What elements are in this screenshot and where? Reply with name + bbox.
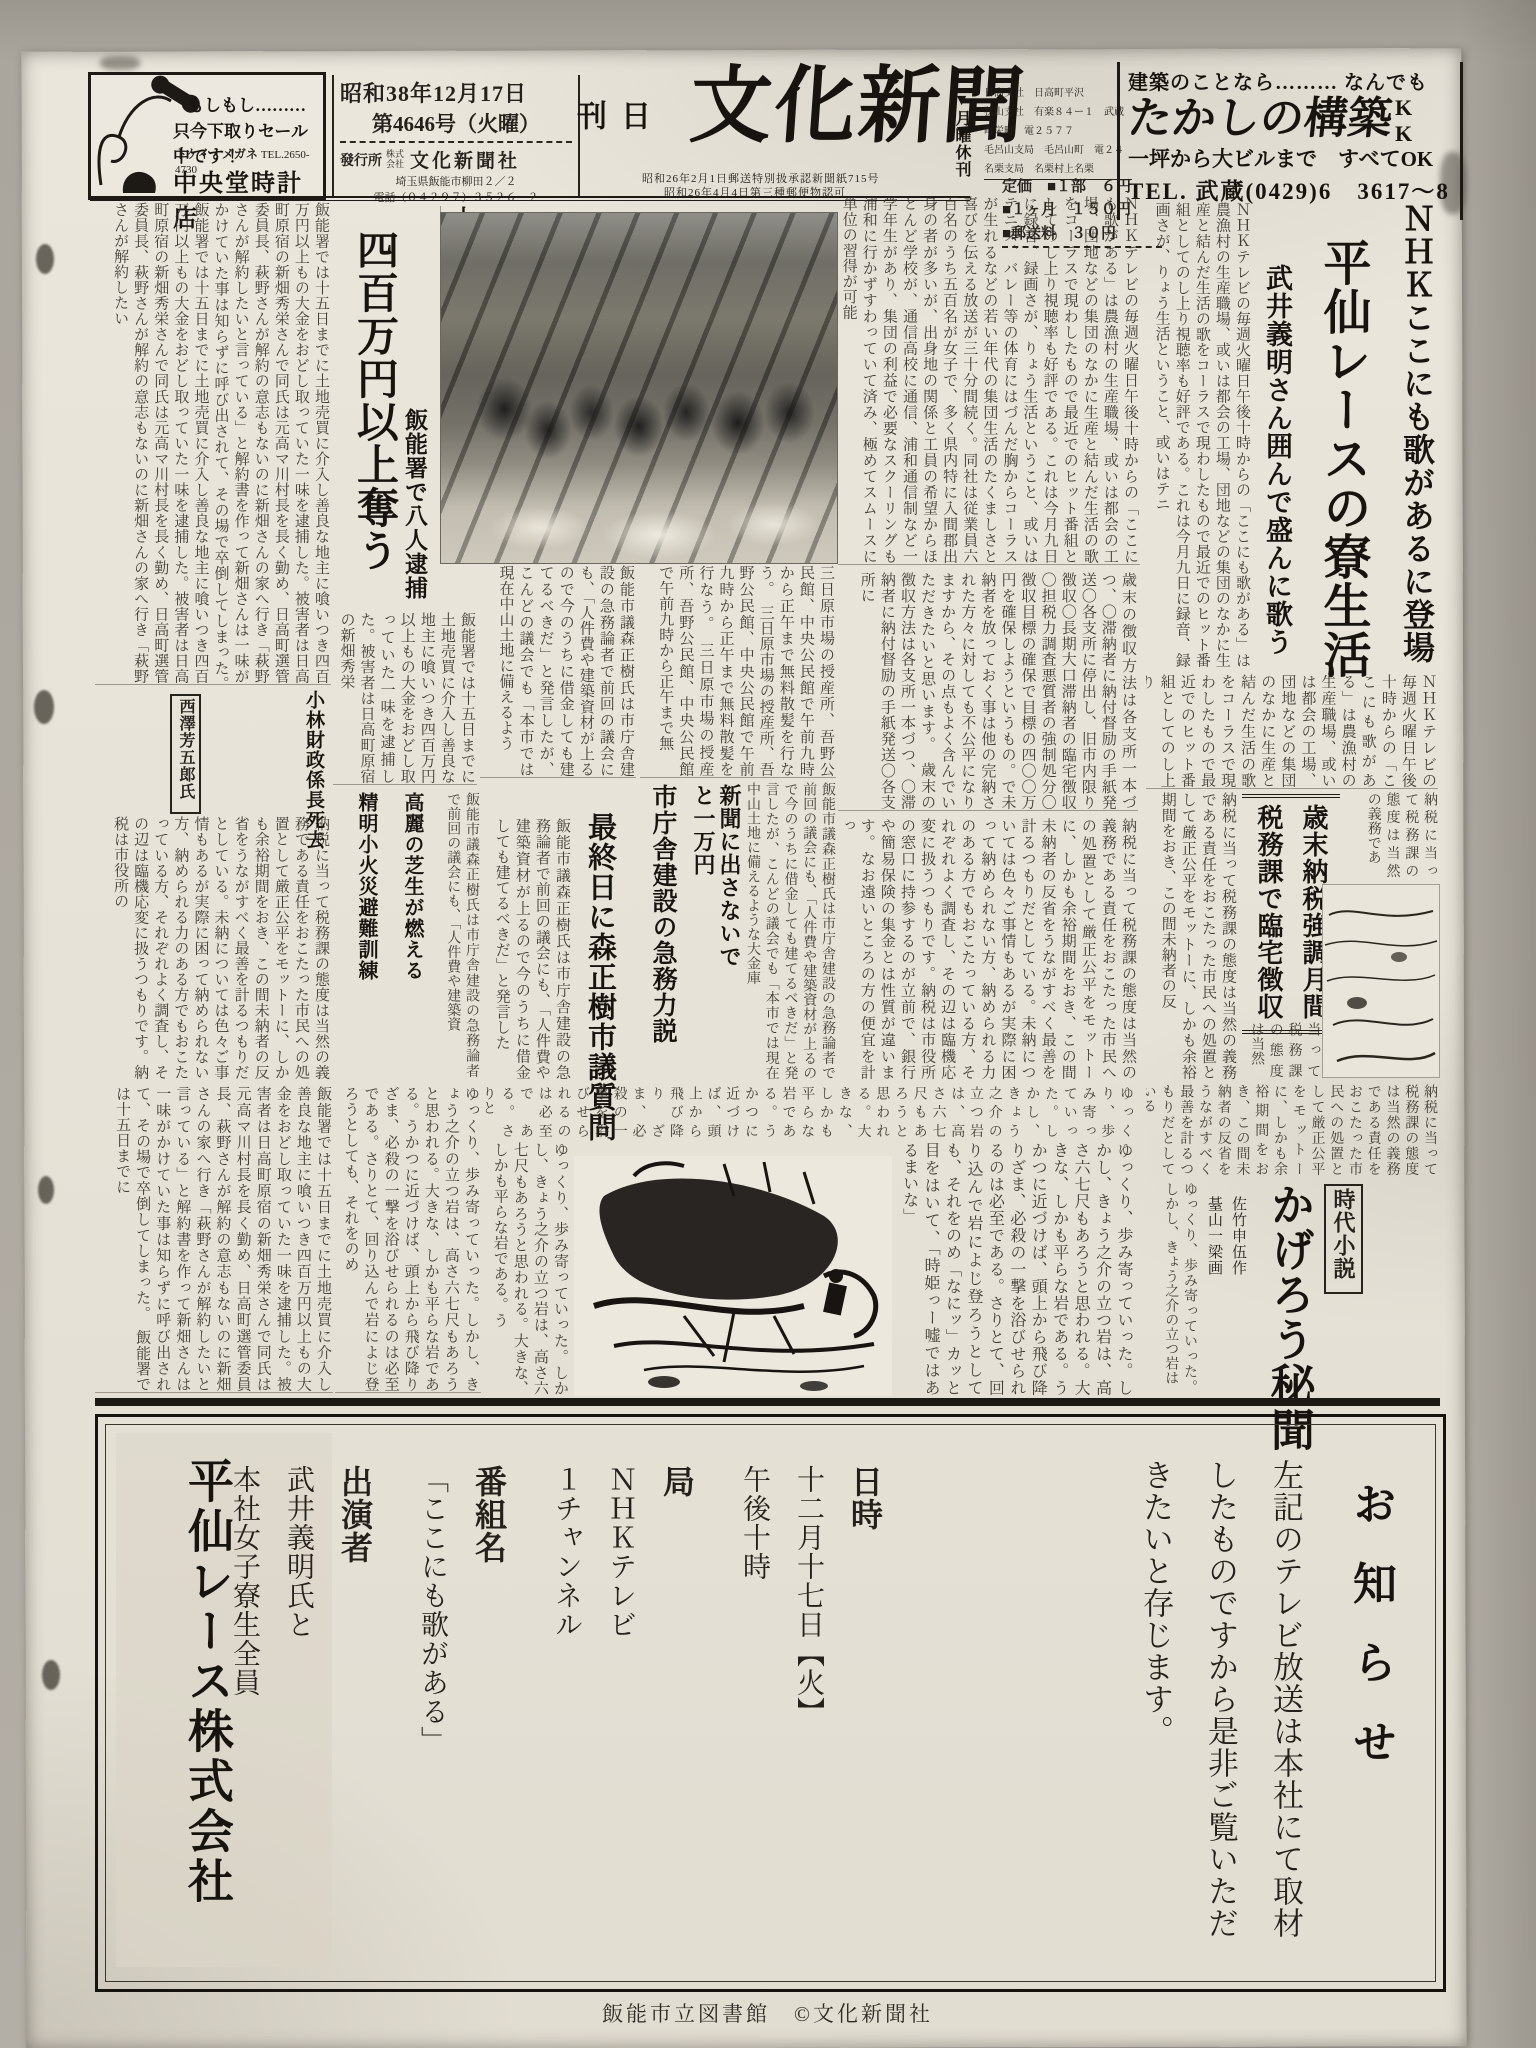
novel-genre-label: 時代小説 <box>1324 1184 1363 1294</box>
robbery-subhead: 飯能署で八人逮捕 <box>398 408 431 608</box>
subhead-seimei: 精明小火災避難訓練 <box>352 792 381 1008</box>
construction-ad: 建築のことなら……… なんでも たかしの構築 KK 一坪から大ビルまで すべてO… <box>1117 62 1463 220</box>
schedule-label-performers: 出演者 <box>332 1465 378 1885</box>
article-text-block: ＮＨＫテレビの毎週火曜日午後十時からの「ここにも歌がある」は農漁村の生産職場、或… <box>838 196 1140 565</box>
article-text-block: 歳末の徴収方法は各支所一本づつ、〇滞納者に納付督励の手紙発送〇各支所に停出し、旧… <box>838 572 1138 811</box>
masthead-info: 昭和38年12月17日 第4646号（火曜） 發行所 株式会社 文化新聞社 埼玉… <box>332 75 580 197</box>
novel-author: 佐竹申伍作 <box>1228 1196 1249 1326</box>
page-content: もしもし……… 只今下取りセール中です！ トケイ・メガネ TEL.2650-47… <box>0 0 1536 2048</box>
schedule-value: ＮＨＫテレビ <box>600 1465 640 1885</box>
article-text-block: 飯能署では十五日までに土地売買に介入し善良な地主に喰いつき四百万円以上もの大金を… <box>95 1086 333 1393</box>
article-text-block: 飯能市議森正樹氏は市庁舎建設の急務論者で前回の議会にも、「人件費や建築資材が上る… <box>480 565 636 778</box>
publisher-label: 發行所 <box>340 150 382 170</box>
nhk-headline: 平仙レースの寮生活 <box>1308 238 1377 690</box>
branch-row: 毛呂山支局 毛呂山町 電２４ <box>984 141 1132 160</box>
nhk-kicker: ＮＨＫここにも歌があるに登場 <box>1394 202 1440 672</box>
article-text-block: 納税に当って税務課の態度は当然の義務である責任をおこたった市民への処置として厳正… <box>95 816 331 1080</box>
tax-notice-line-2: 税務課で臨宅徴収 <box>1250 804 1287 1024</box>
article-text-block: ＮＨＫテレビの毎週火曜日午後十時からの「ここにも歌がある」は農漁村の生産職場、或… <box>1146 674 1438 789</box>
ad-line-1: もしもし……… <box>187 91 306 116</box>
branch-list: 日高支社 日高町平沢 狭山支社 有楽８４ー１ 武蔵町栄町 電２５７７ 毛呂山支局… <box>984 84 1132 180</box>
schedule-value: 午後十時 <box>734 1465 774 1885</box>
council-kicker: 市庁舎建設の急務力説 <box>644 784 680 1076</box>
binding-mark <box>42 1660 60 1690</box>
tv-notice-box: 平仙レース株式会社 日時 十二月十七日【火】 午後十時 局 ＮＨＫテレビ １チャ… <box>95 1414 1446 1992</box>
notice-paragraph-col: したものですから是非ご覧いただ <box>1198 1459 1243 1979</box>
scan-smudge <box>100 56 140 70</box>
publisher-address: 埼玉県飯能市柳田２／２ <box>340 173 572 189</box>
schedule-value: 本社女子寮生全員 <box>224 1465 264 1885</box>
daily-label: 日刊 <box>566 100 654 210</box>
novel-text-block: ゆっくり、歩み寄っていった。しかし、きょう之介の立つ岩は、高さ六七尺もあろうと思… <box>482 1142 570 1396</box>
newspaper-title: 文化新聞 <box>687 65 1029 149</box>
schedule-value: 「ここにも歌がある」 <box>412 1465 452 1885</box>
binding-mark <box>36 244 54 274</box>
schedule-label-datetime: 日時 <box>842 1465 888 1885</box>
ad-brand: トケイ・メガネ <box>175 147 258 161</box>
issue-line: 第4646号（火曜） <box>340 108 572 138</box>
article-text-block: 納税に当って税務課の態度は当然の義務である責任をおこたった市民への処置として厳正… <box>838 818 1138 1080</box>
novel-text-block: ゆっくり、歩み寄っていった。しかし、きょう之介の立つ岩は、高さ六七尺もあろうと思… <box>482 1086 1134 1138</box>
subhead-koma: 高麗の芝生が燃える <box>398 792 427 998</box>
schedule-label-station: 局 <box>654 1465 700 1885</box>
novel-artist: 䑓山一梁画 <box>1204 1196 1225 1326</box>
schedule-value: 十二月十七日【火】 <box>788 1465 828 1885</box>
date-line: 昭和38年12月17日 <box>340 77 572 108</box>
article-text-block: 三日原市場の授産所、吾野公民館、中央公民館で午前九時から正午まで無料散髪を行なう… <box>640 565 836 778</box>
notice-paragraph-col: 左記のテレビ放送は本社にて取材 <box>1263 1459 1308 1979</box>
novel-illustration <box>574 1156 892 1396</box>
article-text-block: 納税に当って税務課の態度は当然の義務である責任をおこたった市民への処置として厳正… <box>1146 1084 1438 1176</box>
ad-company-kk: KK <box>1392 95 1414 143</box>
article-text-block: 飯能署では十五日までに土地売買に介入し善良な地主に喰いつき四百万円以上もの大金を… <box>333 612 477 785</box>
schedule-label-program: 番組名 <box>466 1465 512 1885</box>
notice-paragraph: 左記のテレビ放送は本社にて取材 したものですから是非ご覧いただ きたいと存じます… <box>1118 1459 1308 1979</box>
branch-row: 狭山支社 有楽８４ー１ 武蔵町栄町 電２５７７ <box>984 103 1132 141</box>
clock-shop-ad: もしもし……… 只今下取りセール中です！ トケイ・メガネ TEL.2650-47… <box>88 72 326 200</box>
article-text-block: 飯能署では十五日までに土地売買に介入し善良な地主に喰いつき四百万円以上もの大金を… <box>95 202 331 685</box>
binding-mark <box>38 1176 54 1204</box>
article-text-block: ＮＨＫテレビの毎週火曜日午後十時からの「ここにも歌がある」は農漁村の生産職場、或… <box>1146 202 1252 668</box>
novel-text-block: ゆっくり、歩み寄っていった。しかし、きょう之介の立つ岩は、高さ六七尺もあろうと思… <box>896 1142 1134 1396</box>
article-text-block: 納税に当って税務課の態度は当然の義務であ <box>1348 792 1438 878</box>
robbery-headline: 四百万円以上奪う <box>344 228 404 628</box>
footer-caption: 飯能市立図書館 ©文化新聞社 <box>95 1998 1440 2028</box>
dormitory-singing-photo <box>440 212 838 564</box>
editorial-sketch <box>1322 884 1440 1078</box>
schedule-value: １チャンネル <box>546 1465 586 1885</box>
ad-line-top: 建築のことなら……… なんでも <box>1128 66 1452 95</box>
article-text-block: 納税に当って税務課の態度は当然の義務である責任をおこたった市民への処置として厳正… <box>1146 792 1238 1080</box>
holiday-label: ▼月曜休刊 <box>950 92 973 197</box>
company-type: 株式会社 <box>386 150 406 170</box>
ad-company-name: たかしの構築 <box>1126 97 1395 141</box>
ad-line-mid: 一坪から大ビルまで すべてOK <box>1128 143 1452 173</box>
notice-title: お知らせ <box>1338 1481 1402 1821</box>
broadcast-schedule: 日時 十二月十七日【火】 午後十時 局 ＮＨＫテレビ １チャンネル 番組名 「こ… <box>478 1465 908 1885</box>
binding-mark <box>34 690 54 724</box>
section-divider <box>95 1398 1440 1406</box>
subhead-shinbun-2: と一万円 <box>688 784 719 894</box>
schedule-value: 武井義明氏と <box>278 1465 318 1885</box>
branch-row: 日高支社 日高町平沢 <box>984 84 1132 103</box>
subhead-nishizawa: 西澤芳五郎氏 <box>170 694 201 814</box>
subhead-kobayashi: 小林財政係長死去 <box>300 690 327 858</box>
novel-text-block: ゆっくり、歩み寄っていった。しかし、きょう之介の立つ岩は、高さ六七尺もあろうと思… <box>335 1086 481 1393</box>
nhk-subhead: 武井義明さん囲んで盛んに歌う <box>1258 264 1297 664</box>
novel-text-block: ゆっくり、歩み寄っていった。しかし、きょう之介の立つ岩は <box>1146 1182 1198 1394</box>
article-text-block: 飯能市議森正樹氏は市庁舎建設の急務論者で前回の議会にも、「人件費や建築資材が上る… <box>480 818 572 1080</box>
article-text-block: 飯能市議森正樹氏は市庁舎建設の急務論者で前回の議会にも、「人件費や建築資材が上る… <box>740 782 836 1080</box>
notice-paragraph-col: きたいと存じます。 <box>1133 1459 1178 1979</box>
article-text-block: 飯能市議森正樹氏は市庁舎建設の急務論者で前回の議会にも、「人件費や建築資 <box>436 792 480 1078</box>
publisher-name: 文化新聞社 <box>410 146 520 173</box>
